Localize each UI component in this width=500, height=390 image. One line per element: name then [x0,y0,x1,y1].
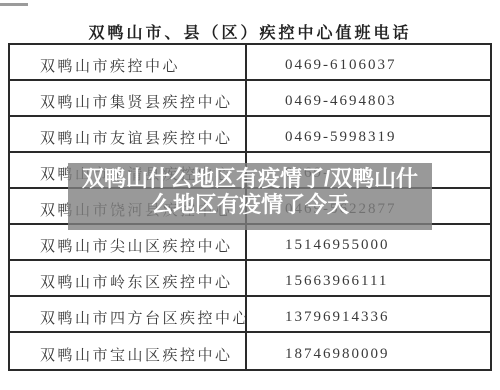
phone-number-cell: 15663966111 [247,261,490,295]
facility-name-cell: 双鸭山市岭东区疾控中心 [10,261,247,295]
facility-name-cell: 双鸭山市四方台区疾控中心 [10,297,247,331]
phone-number-cell: 0469-6106037 [247,45,490,79]
table-row: 双鸭山市宝山区疾控中心 18746980009 [10,333,490,369]
facility-name-cell: 双鸭山市尖山区疾控中心 [10,225,247,259]
facility-name-cell: 双鸭山市宝山区疾控中心 [10,333,247,369]
facility-name-cell: 双鸭山市集贤县疾控中心 [10,81,247,115]
table-row: 双鸭山市四方台区疾控中心 13796914336 [10,297,490,333]
phone-number-cell: 0469-4694803 [247,81,490,115]
table-row: 双鸭山市疾控中心 0469-6106037 [10,45,490,81]
corner-mark-decoration [0,3,28,6]
caption-line-1: 双鸭山什么地区有疫情了/双鸭山什 [68,166,432,192]
page: 双鸭山市、县（区）疾控中心值班电话 双鸭山市疾控中心 0469-6106037 … [0,0,500,390]
page-title: 双鸭山市、县（区）疾控中心值班电话 [8,20,492,43]
caption-line-2: 么地区有疫情了今天 [68,192,432,218]
facility-name-cell: 双鸭山市疾控中心 [10,45,247,79]
caption-overlay: 双鸭山什么地区有疫情了/双鸭山什 么地区有疫情了今天 [68,163,432,230]
table-row: 双鸭山市岭东区疾控中心 15663966111 [10,261,490,297]
phone-number-cell: 0469-5998319 [247,117,490,151]
phone-number-cell: 15146955000 [247,225,490,259]
facility-name-cell: 双鸭山市友谊县疾控中心 [10,117,247,151]
phone-number-cell: 18746980009 [247,333,490,369]
phone-number-cell: 13796914336 [247,297,490,331]
table-row: 双鸭山市友谊县疾控中心 0469-5998319 [10,117,490,153]
table-row: 双鸭山市尖山区疾控中心 15146955000 [10,225,490,261]
table-row: 双鸭山市集贤县疾控中心 0469-4694803 [10,81,490,117]
